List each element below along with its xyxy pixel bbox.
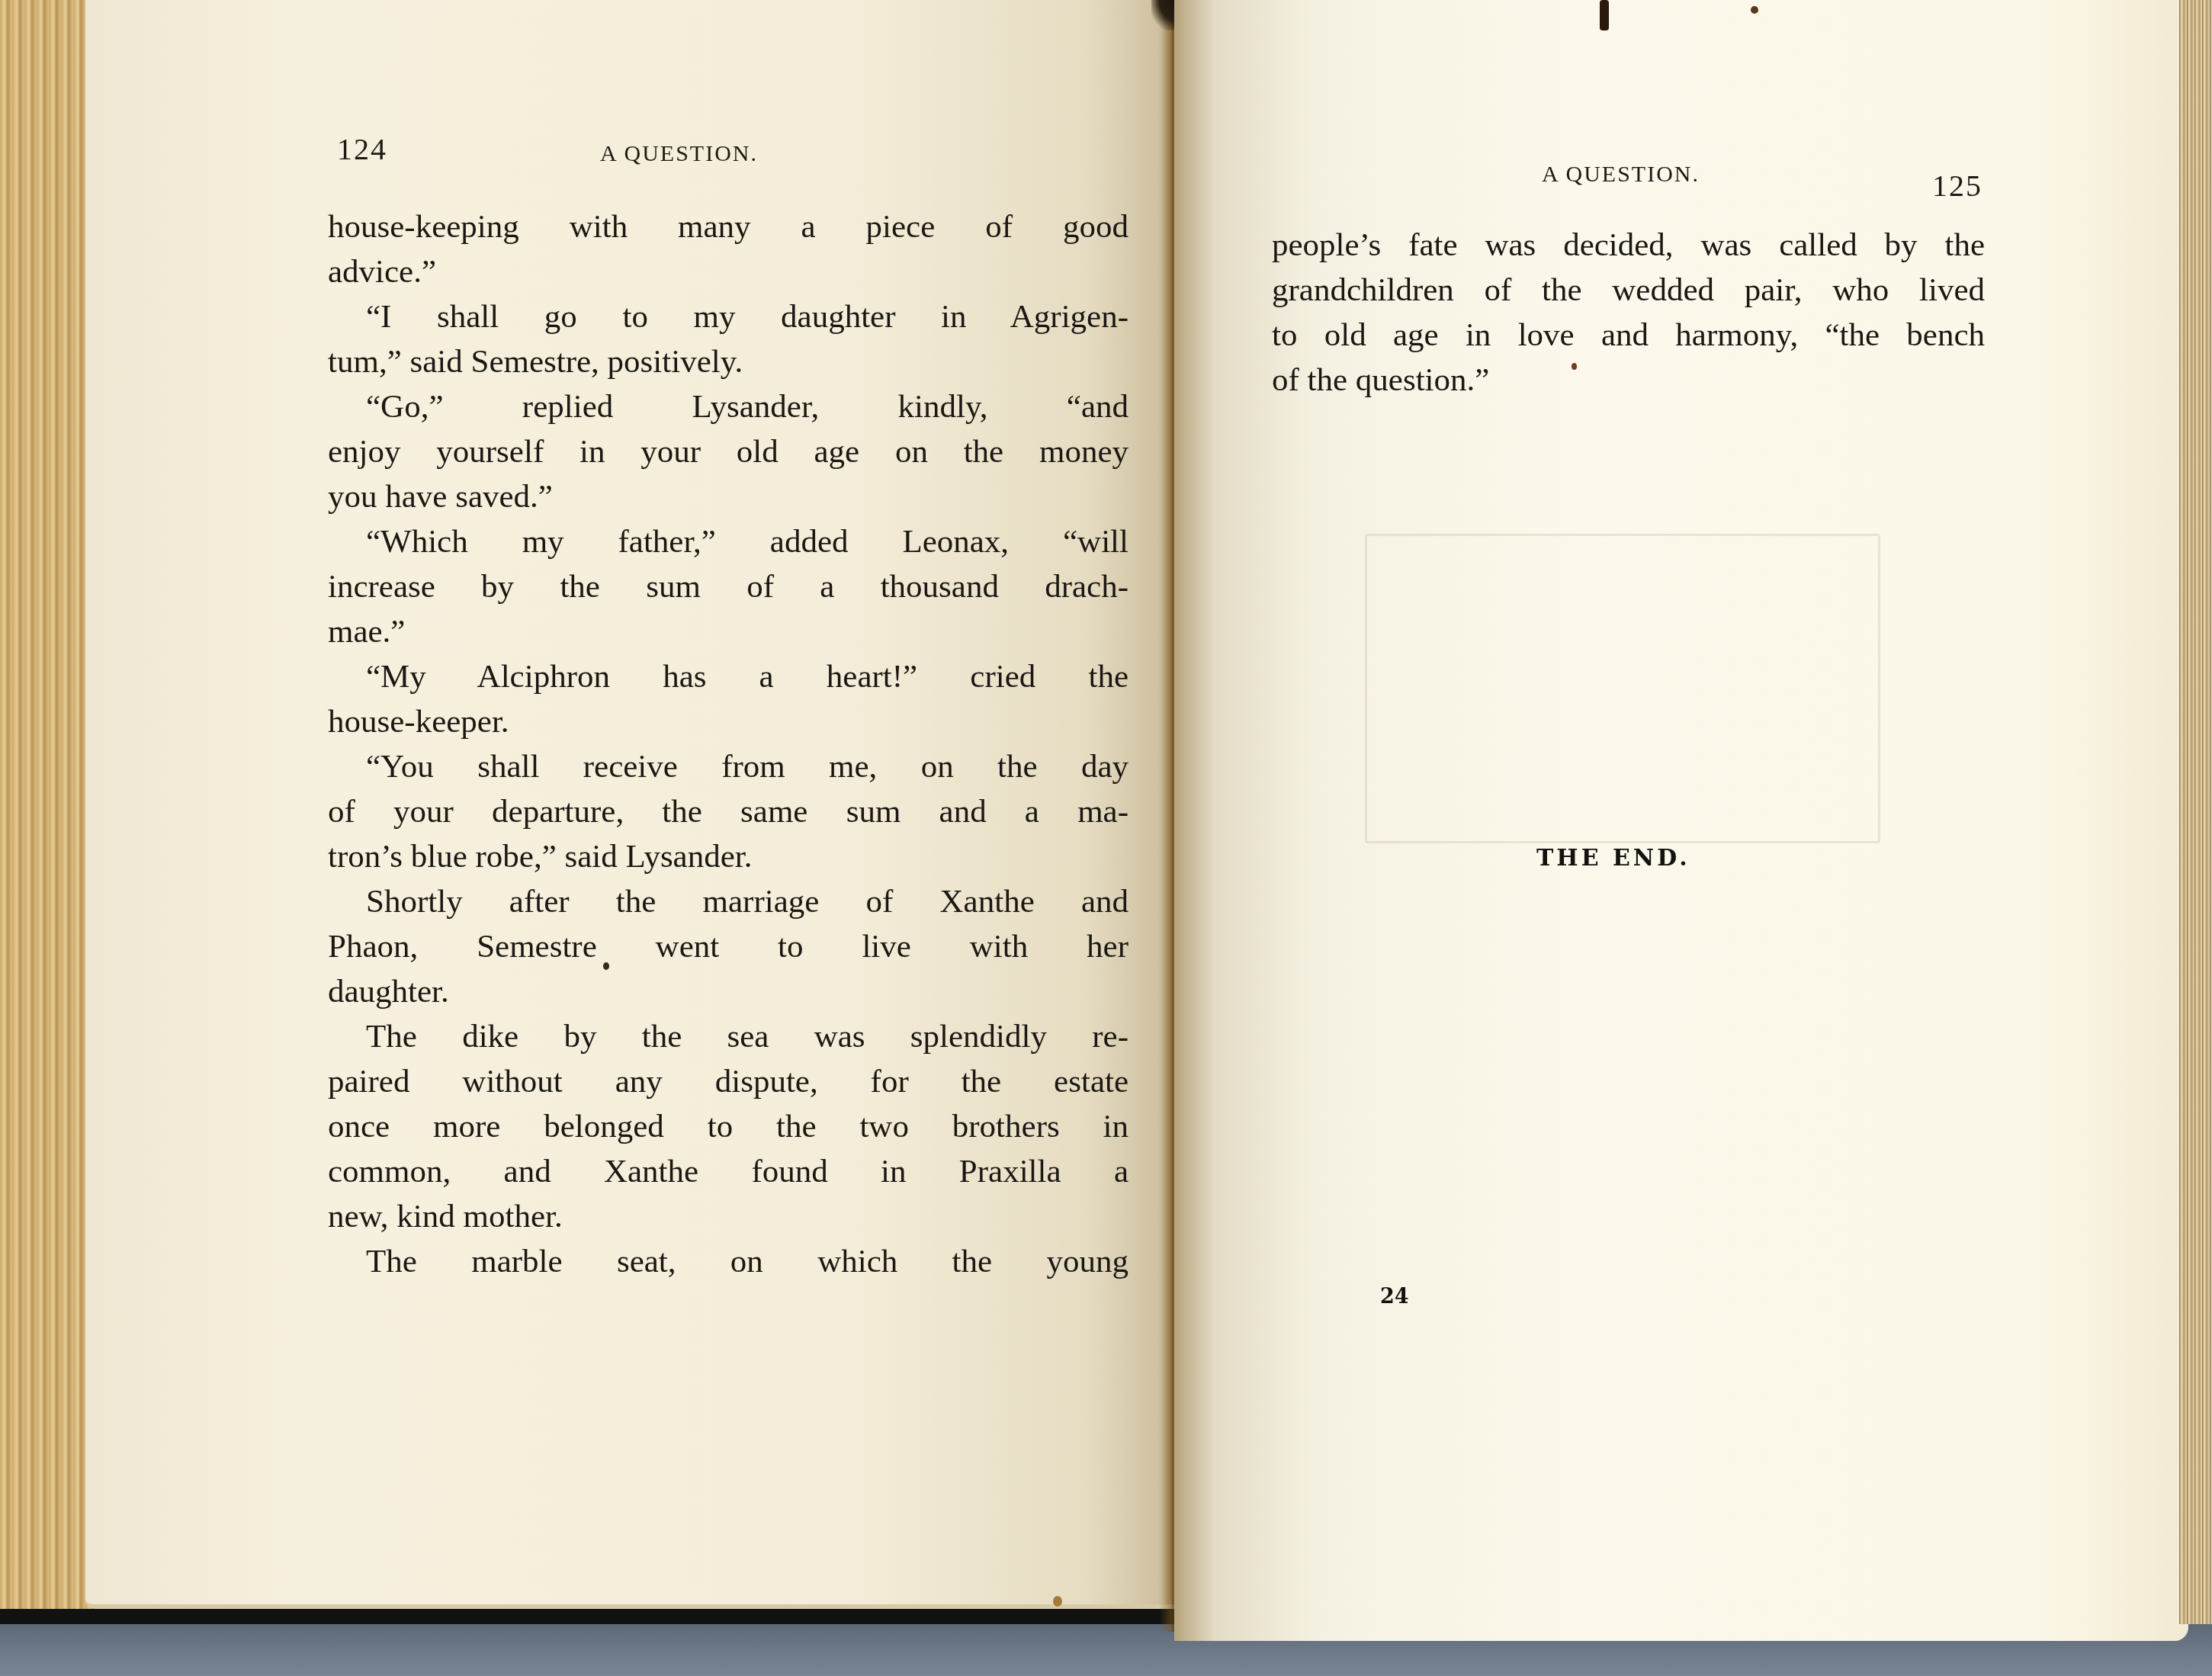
- text-line: Shortly after the marriage of Xanthe and: [328, 879, 1128, 924]
- text-line: grandchildren of the wedded pair, who li…: [1272, 268, 1985, 313]
- show-through-frame: [1365, 534, 1880, 843]
- right-fore-edge: [2179, 0, 2212, 1624]
- signature-mark: 24: [1380, 1285, 1409, 1308]
- text-line: advice.”: [328, 249, 1128, 294]
- text-line: “You shall receive from me, on the day: [328, 744, 1128, 789]
- running-head-left: A QUESTION.: [600, 141, 758, 167]
- text-line: paired without any dispute, for the esta…: [328, 1059, 1128, 1104]
- text-line: The dike by the sea was splendidly re-: [328, 1014, 1128, 1059]
- page-number-left: 124: [337, 131, 387, 167]
- ink-spot: [1600, 0, 1609, 31]
- left-page-body: house-keeping with many a piece of gooda…: [328, 204, 1128, 1284]
- text-line: to old age in love and harmony, “the ben…: [1272, 313, 1985, 358]
- text-line: “Go,” replied Lysander, kindly, “and: [328, 384, 1128, 429]
- text-line: new, kind mother.: [328, 1194, 1128, 1239]
- text-line: tron’s blue robe,” said Lysander.: [328, 834, 1128, 879]
- stain-spot: [1572, 363, 1577, 370]
- text-line: Phaon, Semestre went to live with her: [328, 924, 1128, 969]
- page-number-right: 125: [1932, 168, 1982, 204]
- the-end-mark: THE END.: [1536, 845, 1690, 872]
- text-line: house-keeping with many a piece of good: [328, 204, 1128, 249]
- text-line: once more belonged to the two brothers i…: [328, 1104, 1128, 1149]
- text-line: you have saved.”: [328, 474, 1128, 519]
- text-line: increase by the sum of a thousand drach-: [328, 564, 1128, 609]
- text-line: common, and Xanthe found in Praxilla a: [328, 1149, 1128, 1194]
- text-line: “My Alciphron has a heart!” cried the: [328, 654, 1128, 699]
- text-line: of your departure, the same sum and a ma…: [328, 789, 1128, 834]
- left-fore-edge: [0, 0, 93, 1609]
- stain-spot: [1053, 1596, 1062, 1607]
- right-page-body: people’s fate was decided, was called by…: [1272, 223, 1985, 403]
- left-page: 124 A QUESTION. house-keeping with many …: [85, 0, 1174, 1609]
- text-line: mae.”: [328, 609, 1128, 654]
- text-line: The marble seat, on which the young: [328, 1239, 1128, 1284]
- text-line: people’s fate was decided, was called by…: [1272, 223, 1985, 268]
- text-line: “Which my father,” added Leonax, “will: [328, 519, 1128, 564]
- text-line: of the question.”: [1272, 358, 1985, 403]
- text-line: tum,” said Semestre, positively.: [328, 339, 1128, 384]
- ink-spot: [603, 962, 609, 970]
- ink-spot: [1751, 6, 1758, 14]
- text-line: enjoy yourself in your old age on the mo…: [328, 429, 1128, 474]
- text-line: daughter.: [328, 969, 1128, 1014]
- text-line: “I shall go to my daughter in Agrigen-: [328, 294, 1128, 339]
- text-line: house-keeper.: [328, 699, 1128, 744]
- running-head-right: A QUESTION.: [1542, 162, 1700, 188]
